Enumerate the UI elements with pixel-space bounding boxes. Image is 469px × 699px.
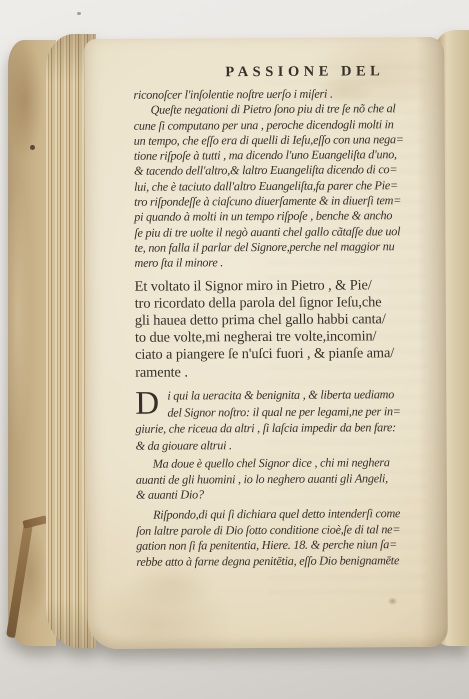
text-line: del Signor noſtro: il qual ne per legami… — [167, 403, 442, 421]
text-line: Ma doue è quello chel Signor dice , chi … — [136, 455, 443, 472]
paragraph-et-voltato: Et voltato il Signor miro in Pietro , & … — [135, 276, 443, 381]
text-line: tro riſpondeſſe à ciaſcuno diuerſamente … — [134, 193, 441, 210]
text-line: to due volte,mi negherai tre volte,incom… — [135, 328, 442, 347]
text-line: ciato a piangere ſe n'uſci fuori , & pia… — [135, 345, 442, 364]
running-header: PASSIONE DEL — [133, 63, 440, 82]
vellum-speck — [30, 145, 35, 150]
drop-cap-initial: D — [135, 388, 159, 419]
text-line: rebbe atto à farne degna penitētia, eſſo… — [136, 553, 443, 571]
text-line: & tacendo dell'altro,& laltro Euangeliſt… — [134, 162, 441, 179]
text-line: auanti de gli huomini , io lo neghero au… — [136, 470, 443, 487]
paragraph-veracita: D i qui la ueracita & benignita , & libe… — [135, 386, 442, 455]
text-line: mero ſta il minore . — [134, 254, 441, 271]
paragraph-negationi: Queſte negationi di Pietro ſono piu di t… — [134, 101, 442, 271]
text-line: & auanti Dio? — [136, 486, 443, 503]
text-line: ſe piu di tre uolte il negò auanti chel … — [134, 224, 441, 241]
text-line: gation non ſi fa penitentia, Hiere. 18. … — [136, 537, 443, 555]
book-page: PASSIONE DEL riconoſcer l'inſolentie noſ… — [84, 37, 448, 649]
text-line: giurie, che riceua da altri , ſi laſcia … — [135, 419, 442, 438]
book: PASSIONE DEL riconoſcer l'inſolentie noſ… — [8, 30, 469, 652]
paragraph-rispondo: Riſpondo,di qui ſi dichiara quel detto i… — [136, 506, 443, 571]
paragraph-ma-doue: Ma doue è quello chel Signor dice , chi … — [136, 455, 443, 504]
text-block: PASSIONE DEL riconoſcer l'inſolentie noſ… — [133, 63, 443, 571]
text-line: tro ricordato della parola del ſignor Ie… — [135, 294, 442, 313]
text-line: Et voltato il Signor miro in Pietro , & … — [135, 276, 442, 295]
text-line: & da giouare altrui . — [136, 436, 443, 455]
text-line: gli hauea detto prima chel gallo habbi c… — [135, 311, 442, 330]
photograph-background: PASSIONE DEL riconoſcer l'inſolentie noſ… — [0, 0, 469, 699]
text-line: i qui la ueracita & benignita , & libert… — [167, 386, 442, 404]
text-line: Queſte negationi di Pietro ſono piu di t… — [134, 101, 441, 118]
text-line: ſon laltre parole di Dio ſotto condition… — [136, 521, 443, 539]
text-line: ramente . — [135, 363, 442, 382]
text-line: Riſpondo,di qui ſi dichiara quel detto i… — [136, 506, 443, 524]
background-speck — [77, 12, 81, 15]
